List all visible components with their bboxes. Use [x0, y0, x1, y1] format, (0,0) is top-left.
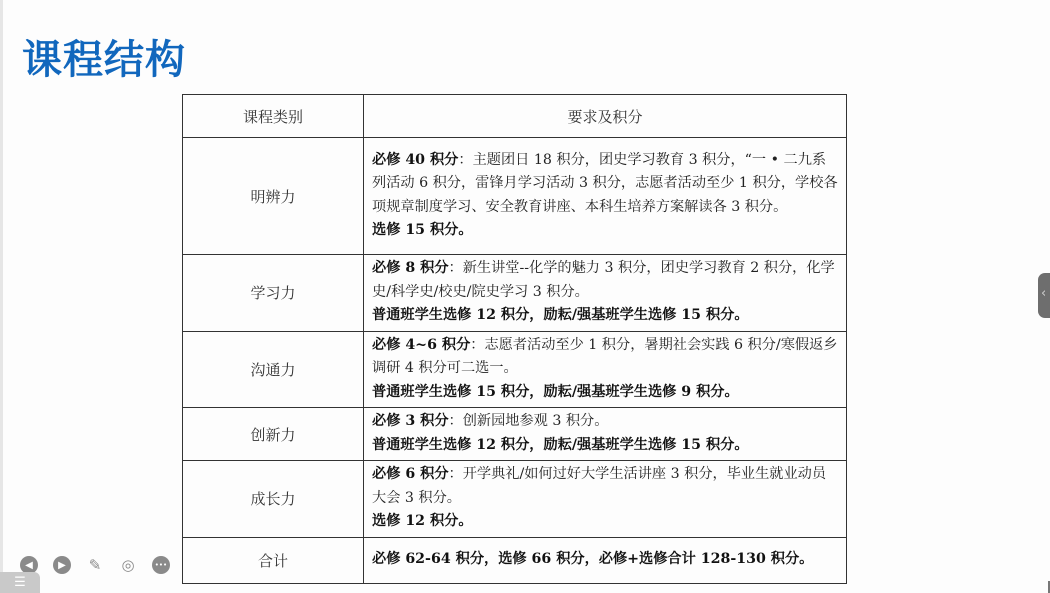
requirements-cell: 必修 8 积分：新生讲堂--化学的魅力 3 积分，团史学习教育 2 积分，化学史…: [364, 255, 847, 332]
category-cell: 创新力: [183, 408, 364, 461]
presentation-toolbar: ◀ ▶ ✎ ◎ •••: [20, 556, 170, 574]
requirements-cell: 必修 4~6 积分：志愿者活动至少 1 积分，暑期社会实践 6 积分/寒假返乡调…: [364, 331, 847, 408]
next-slide-button[interactable]: ▶: [53, 556, 71, 574]
header-requirements: 要求及积分: [364, 95, 847, 138]
requirements-cell: 必修 3 积分：创新园地参观 3 积分。 普通班学生选修 12 积分，励耘/强基…: [364, 408, 847, 461]
elective-credits: 选修 12 积分。: [372, 510, 840, 534]
required-credits: 必修 6 积分: [372, 466, 449, 482]
pen-tool-button[interactable]: ✎: [86, 556, 104, 574]
slide-list-button[interactable]: ☰: [0, 572, 40, 593]
total-cell: 必修 62-64 积分，选修 66 积分，必修+选修合计 128-130 积分。: [364, 537, 847, 583]
pen-icon: ✎: [89, 556, 102, 574]
requirements-cell: 必修 40 积分：主题团日 18 积分，团史学习教育 3 积分，“一 • 二九系…: [364, 138, 847, 255]
category-cell: 成长力: [183, 461, 364, 538]
previous-icon: ◀: [25, 560, 33, 571]
table-row: 成长力 必修 6 积分：开学典礼/如何过好大学生活讲座 3 积分，毕业生就业动员…: [183, 461, 847, 538]
list-icon: ☰: [14, 575, 26, 590]
next-icon: ▶: [58, 560, 66, 571]
category-cell: 学习力: [183, 255, 364, 332]
table-row: 学习力 必修 8 积分：新生讲堂--化学的魅力 3 积分，团史学习教育 2 积分…: [183, 255, 847, 332]
course-structure-table: 课程类别 要求及积分 明辨力 必修 40 积分：主题团日 18 积分，团史学习教…: [182, 94, 847, 584]
requirements-cell: 必修 6 积分：开学典礼/如何过好大学生活讲座 3 积分，毕业生就业动员大会 3…: [364, 461, 847, 538]
header-category: 课程类别: [183, 95, 364, 138]
required-details: ：创新园地参观 3 积分。: [449, 413, 609, 429]
table-row: 沟通力 必修 4~6 积分：志愿者活动至少 1 积分，暑期社会实践 6 积分/寒…: [183, 331, 847, 408]
category-cell: 沟通力: [183, 331, 364, 408]
side-panel-toggle[interactable]: ‹: [1038, 273, 1050, 318]
total-credits: 必修 62-64 积分，选修 66 积分，必修+选修合计 128-130 积分。: [372, 548, 840, 572]
elective-credits: 普通班学生选修 15 积分，励耘/强基班学生选修 9 积分。: [372, 381, 840, 405]
focus-button[interactable]: ◎: [119, 556, 137, 574]
category-cell: 合计: [183, 537, 364, 583]
elective-credits: 普通班学生选修 12 积分，励耘/强基班学生选修 15 积分。: [372, 434, 840, 458]
table-row: 创新力 必修 3 积分：创新园地参观 3 积分。 普通班学生选修 12 积分，励…: [183, 408, 847, 461]
chevron-left-icon: ‹: [1041, 286, 1046, 301]
slide-title: 课程结构: [22, 28, 186, 85]
table-row: 明辨力 必修 40 积分：主题团日 18 积分，团史学习教育 3 积分，“一 •…: [183, 138, 847, 255]
left-edge-divider: [0, 0, 3, 593]
more-options-button[interactable]: •••: [152, 556, 170, 574]
table-header-row: 课程类别 要求及积分: [183, 95, 847, 138]
required-credits: 必修 40 积分: [372, 152, 458, 168]
elective-credits: 普通班学生选修 12 积分，励耘/强基班学生选修 15 积分。: [372, 304, 840, 328]
required-credits: 必修 3 积分: [372, 413, 449, 429]
category-cell: 明辨力: [183, 138, 364, 255]
required-credits: 必修 8 积分: [372, 260, 449, 276]
more-icon: •••: [155, 561, 167, 569]
elective-credits: 选修 15 积分。: [372, 219, 840, 243]
required-credits: 必修 4~6 积分: [372, 337, 470, 353]
table-total-row: 合计 必修 62-64 积分，选修 66 积分，必修+选修合计 128-130 …: [183, 537, 847, 583]
focus-icon: ◎: [121, 556, 134, 574]
